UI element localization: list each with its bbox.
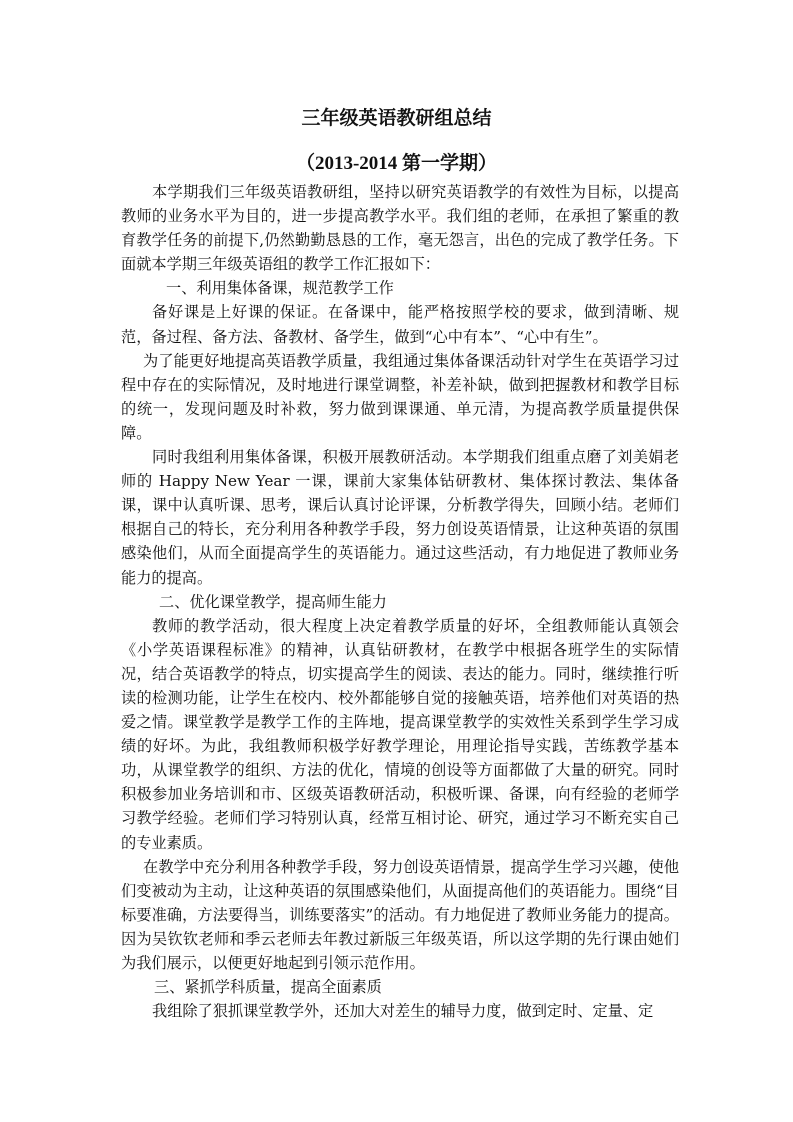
document-page: 三年级英语教研组总结 （2013-2014 第一学期） 本学期我们三年级英语教研… xyxy=(0,0,793,1122)
body-paragraph: 教师的教学活动，很大程度上决定着教学质量的好坏，全组教师能认真领会《小学英语课程… xyxy=(121,614,679,855)
document-title: 三年级英语教研组总结 xyxy=(0,103,793,130)
body-paragraph: 我组除了狠抓课堂教学外，还加大对差生的辅导力度，做到定时、定量、定 xyxy=(121,999,679,1023)
section-heading-2: 二、优化课堂教学，提高师生能力 xyxy=(121,590,679,614)
intro-paragraph: 本学期我们三年级英语教研组，坚持以研究英语教学的有效性为目标，以提高教师的业务水… xyxy=(121,180,679,276)
section-heading-1: 一、利用集体备课，规范教学工作 xyxy=(121,276,679,300)
body-paragraph: 为了能更好地提高英语教学质量，我组通过集体备课活动针对学生在英语学习过程中存在的… xyxy=(121,349,679,445)
body-paragraph: 同时我组利用集体备课，积极开展教研活动。本学期我们组重点磨了刘美娟老师的 Hap… xyxy=(121,445,679,590)
body-paragraph: 在教学中充分利用各种教学手段，努力创设英语情景，提高学生学习兴趣，使他们变被动为… xyxy=(121,855,679,975)
section-heading-3: 三、紧抓学科质量，提高全面素质 xyxy=(121,975,679,999)
body-paragraph: 备好课是上好课的保证。在备课中，能严格按照学校的要求，做到清晰、规范，备过程、备… xyxy=(121,300,679,348)
document-body: 本学期我们三年级英语教研组，坚持以研究英语教学的有效性为目标，以提高教师的业务水… xyxy=(121,180,679,1023)
document-subtitle: （2013-2014 第一学期） xyxy=(0,148,793,175)
